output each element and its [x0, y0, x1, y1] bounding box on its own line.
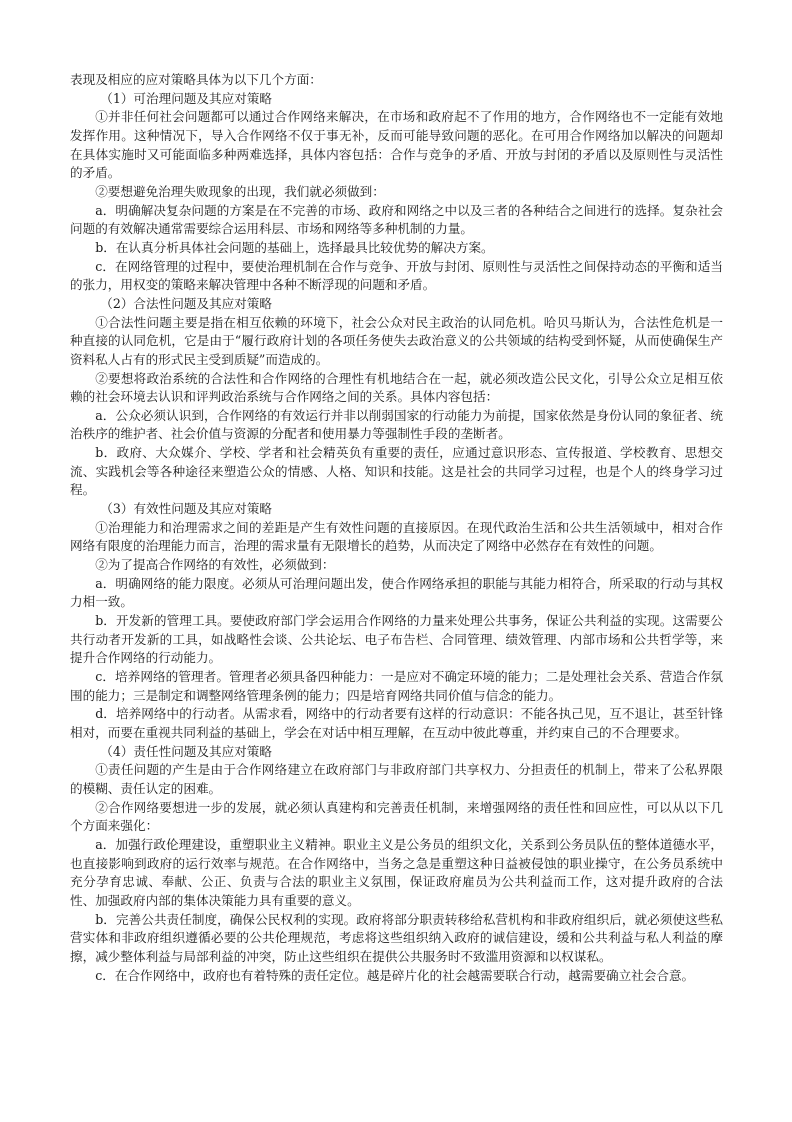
intro-text: 表现及相应的应对策略具体为以下几个方面：: [70, 71, 723, 90]
paragraph: a．明确解决复杂问题的方案是在不完善的市场、政府和网络之中以及三者的各种结合之间…: [70, 202, 723, 239]
paragraph: b．政府、大众媒介、学校、学者和社会精英负有重要的责任，应通过意识形态、宣传报道…: [70, 444, 723, 500]
section-accountability: （4）责任性问题及其应对策略 ①责任问题的产生是由于合作网络建立在政府部门与非政…: [70, 743, 723, 986]
paragraph: ①责任问题的产生是由于合作网络建立在政府部门与非政府部门共享权力、分担责任的机制…: [70, 761, 723, 798]
paragraph: ②合作网络要想进一步的发展，就必须认真建构和完善责任机制，来增强网络的责任性和回…: [70, 799, 723, 836]
paragraph: c．在网络管理的过程中，要使治理机制在合作与竞争、开放与封闭、原则性与灵活性之间…: [70, 258, 723, 295]
paragraph: b．在认真分析具体社会问题的基础上，选择最具比较优势的解决方案。: [70, 239, 723, 258]
section-heading: （1）可治理问题及其应对策略: [70, 90, 723, 109]
paragraph: b．完善公共责任制度，确保公民权利的实现。政府将部分职责转移给私营机构和非政府组…: [70, 911, 723, 967]
paragraph: a．加强行政伦理建设，重塑职业主义精神。职业主义是公务员的组织文化，关系到公务员…: [70, 836, 723, 911]
section-governability: （1）可治理问题及其应对策略 ①并非任何社会问题都可以通过合作网络来解决，在市场…: [70, 90, 723, 295]
paragraph: a．公众必须认识到，合作网络的有效运行并非以削弱国家的行动能力为前提，国家依然是…: [70, 407, 723, 444]
paragraph: ①合法性问题主要是指在相互依赖的环境下，社会公众对民主政治的认同危机。哈贝马斯认…: [70, 314, 723, 370]
paragraph: d．培养网络中的行动者。从需求看，网络中的行动者要有这样的行动意识：不能各执己见…: [70, 705, 723, 742]
document-page: 表现及相应的应对策略具体为以下几个方面： （1）可治理问题及其应对策略 ①并非任…: [70, 71, 723, 985]
paragraph: c．在合作网络中，政府也有着特殊的责任定位。越是碎片化的社会越需要联合行动，越需…: [70, 967, 723, 986]
section-effectiveness: （3）有效性问题及其应对策略 ①治理能力和治理需求之间的差距是产生有效性问题的直…: [70, 500, 723, 743]
section-legitimacy: （2）合法性问题及其应对策略 ①合法性问题主要是指在相互依赖的环境下，社会公众对…: [70, 295, 723, 500]
paragraph: ②为了提高合作网络的有效性，必须做到：: [70, 556, 723, 575]
section-heading: （4）责任性问题及其应对策略: [70, 743, 723, 762]
paragraph: a．明确网络的能力限度。必须从可治理问题出发，使合作网络承担的职能与其能力相符合…: [70, 575, 723, 612]
paragraph: c．培养网络的管理者。管理者必须具备四种能力：一是应对不确定环境的能力；二是处理…: [70, 668, 723, 705]
paragraph: ②要想避免治理失败现象的出现，我们就必须做到：: [70, 183, 723, 202]
paragraph: b．开发新的管理工具。要使政府部门学会运用合作网络的力量来处理公共事务，保证公共…: [70, 612, 723, 668]
paragraph: ①并非任何社会问题都可以通过合作网络来解决，在市场和政府起不了作用的地方，合作网…: [70, 108, 723, 183]
section-heading: （3）有效性问题及其应对策略: [70, 500, 723, 519]
paragraph: ②要想将政治系统的合法性和合作网络的合理性有机地结合在一起，就必须改造公民文化，…: [70, 370, 723, 407]
paragraph: ①治理能力和治理需求之间的差距是产生有效性问题的直接原因。在现代政治生活和公共生…: [70, 519, 723, 556]
section-heading: （2）合法性问题及其应对策略: [70, 295, 723, 314]
